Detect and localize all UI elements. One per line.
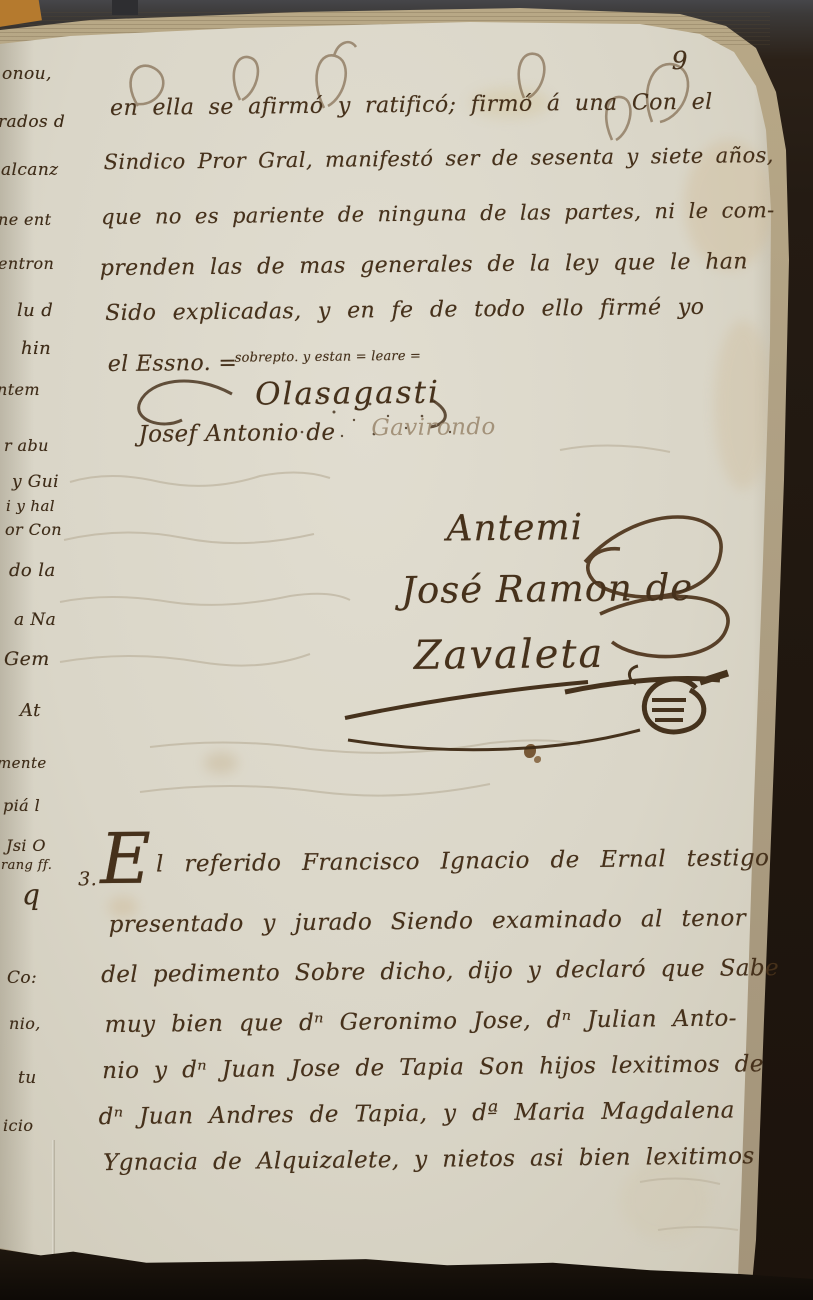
name-josef-antonio: Josef Antonio de [138, 420, 335, 448]
drop-cap-initial: E [100, 818, 152, 901]
left-page-fragments: onou, rados d alcanz ne ent entron lu d … [0, 0, 60, 1300]
signature-ante-mi: Antemi [446, 507, 583, 549]
left-fragment: mente [0, 754, 47, 772]
text-line: en ella se afirmó y ratificó; firmó á un… [110, 90, 713, 121]
left-fragment: hin [21, 338, 51, 359]
left-fragment: r abu [4, 436, 49, 455]
left-fragment: or Con [5, 520, 62, 539]
left-fragment: q [22, 878, 40, 911]
left-fragment: rang ff. [1, 858, 52, 873]
left-fragment: piá l [3, 796, 40, 815]
signature-olasagasti: Olasagasti [255, 375, 440, 413]
left-fragment: y Gui [12, 472, 59, 492]
left-fragment: onou, [2, 64, 52, 84]
text-line: del pedimento Sobre dicho, dijo y declar… [101, 955, 779, 988]
left-fragment: Jsi O [6, 836, 46, 855]
left-fragment: i y hal [6, 497, 55, 515]
left-fragment: rados d [0, 112, 65, 132]
text-line: Ygnacia de Alquizalete, y nietos asi bie… [103, 1143, 755, 1176]
photograph-frame: 9 en ella se afirmó y ratificó; firmó á … [0, 0, 813, 1300]
text-line: muy bien que dⁿ Geronimo Jose, dⁿ Julian… [105, 1005, 737, 1038]
left-fragment: tu [18, 1068, 37, 1088]
text-line: l referido Francisco Ignacio de Ernal te… [156, 845, 770, 877]
left-fragment: Co: [7, 968, 37, 988]
left-fragment: a Na [14, 610, 56, 630]
signature-jose-ramon: José Ramon de [401, 566, 693, 612]
text-line: Sindico Pror Gral, manifestó ser de sese… [104, 143, 774, 174]
left-fragment: lu d [17, 300, 53, 321]
text-line: prenden las de mas generales de la ley q… [100, 249, 748, 281]
left-fragment: icio [3, 1116, 33, 1135]
left-fragment: entron [0, 254, 54, 273]
text-line: presentado y jurado Siendo examinado al … [109, 905, 747, 938]
left-fragment: nio, [9, 1014, 41, 1033]
text-line: que no es pariente de ninguna de las par… [101, 198, 775, 229]
folio-number: 9 [671, 46, 688, 75]
left-fragment: Gem [4, 648, 50, 670]
left-fragment: do la [9, 560, 56, 581]
text-line: Sido explicadas, y en fe de todo ello fi… [105, 295, 704, 326]
text-line: dⁿ Juan Andres de Tapia, y dª Maria Magd… [99, 1098, 735, 1131]
text-line: el Essno. = [108, 351, 238, 377]
marginal-note: sobrepto. y estan = leare = [235, 349, 422, 366]
left-fragment: ne ent [0, 210, 51, 229]
signature-zavaleta: Zavaleta [414, 631, 605, 679]
margin-mark: 3. [78, 868, 97, 890]
left-fragment: ntem [0, 380, 40, 399]
manuscript-text: 9 en ella se afirmó y ratificó; firmó á … [0, 0, 813, 1300]
text-line: nio y dⁿ Juan Jose de Tapia Son hijos le… [102, 1051, 764, 1084]
surname-faded: Gavirondo [371, 414, 496, 441]
left-fragment: alcanz [1, 160, 59, 180]
left-fragment: At [20, 700, 41, 721]
